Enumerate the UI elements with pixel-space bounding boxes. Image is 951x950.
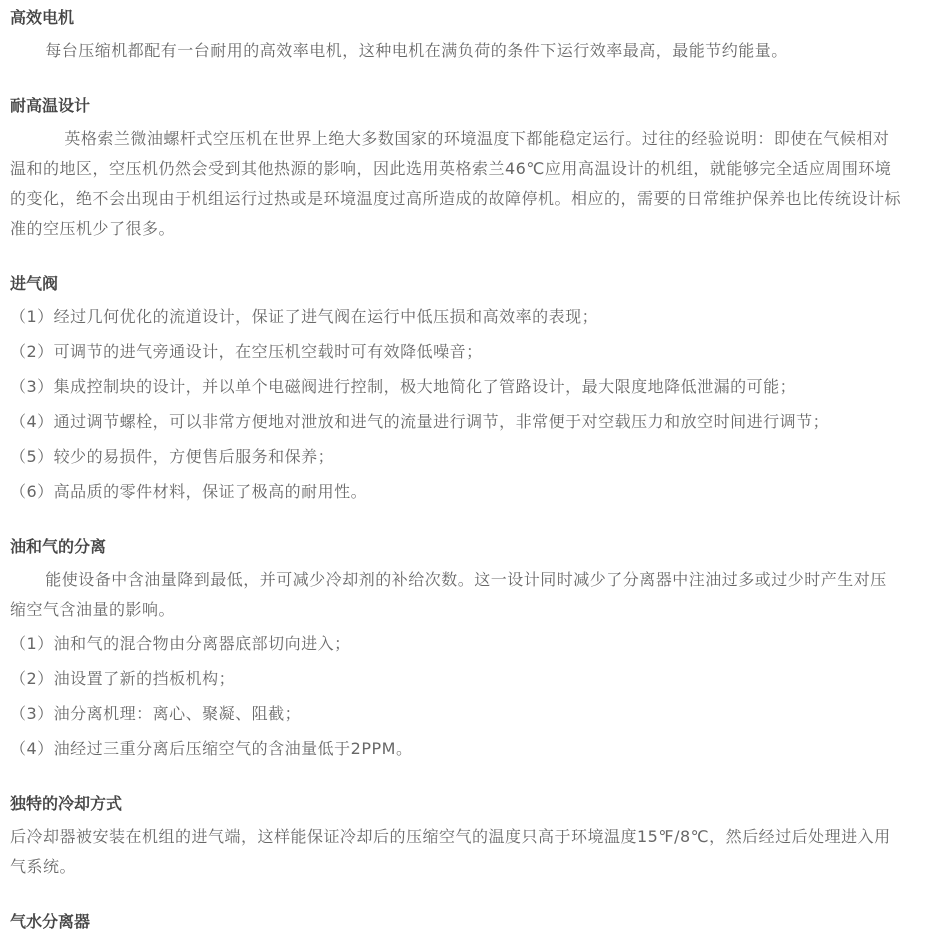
list-item: （6）高品质的零件材料，保证了极高的耐用性。 bbox=[10, 477, 901, 507]
section-unique-cooling: 独特的冷却方式 后冷却器被安装在机组的进气端，这样能保证冷却后的压缩空气的温度只… bbox=[10, 794, 901, 882]
paragraph: 能使设备中含油量降到最低，并可减少冷却剂的补给次数。这一设计同时减少了分离器中注… bbox=[10, 565, 901, 625]
section-intake-valve: 进气阀 （1）经过几何优化的流道设计，保证了进气阀在运行中低压损和高效率的表现；… bbox=[10, 274, 901, 507]
section-gas-water-separator: 气水分离器 bbox=[10, 912, 901, 932]
section-heading-high-temperature-design: 耐高温设计 bbox=[10, 96, 901, 116]
list-item: （1）油和气的混合物由分离器底部切向进入； bbox=[10, 629, 901, 659]
list-item: （2）可调节的进气旁通设计，在空压机空载时可有效降低噪音； bbox=[10, 337, 901, 367]
section-high-temperature-design: 耐高温设计 英格索兰微油螺杆式空压机在世界上绝大多数国家的环境温度下都能稳定运行… bbox=[10, 96, 901, 244]
list-item: （4）通过调节螺栓，可以非常方便地对泄放和进气的流量进行调节，非常便于对空载压力… bbox=[10, 407, 901, 437]
list-item: （5）较少的易损件，方便售后服务和保养； bbox=[10, 442, 901, 472]
list-item: （3）油分离机理：离心、聚凝、阻截； bbox=[10, 699, 901, 729]
section-high-efficiency-motor: 高效电机 每台压缩机都配有一台耐用的高效率电机，这种电机在满负荷的条件下运行效率… bbox=[10, 8, 901, 66]
oil-gas-separation-feature-list: （1）油和气的混合物由分离器底部切向进入； （2）油设置了新的挡板机构； （3）… bbox=[10, 629, 901, 764]
list-item: （2）油设置了新的挡板机构； bbox=[10, 664, 901, 694]
section-heading-intake-valve: 进气阀 bbox=[10, 274, 901, 294]
section-heading-unique-cooling: 独特的冷却方式 bbox=[10, 794, 901, 814]
section-heading-gas-water-separator: 气水分离器 bbox=[10, 912, 901, 932]
intake-valve-feature-list: （1）经过几何优化的流道设计，保证了进气阀在运行中低压损和高效率的表现； （2）… bbox=[10, 302, 901, 507]
paragraph: 后冷却器被安装在机组的进气端，这样能保证冷却后的压缩空气的温度只高于环境温度15… bbox=[10, 822, 901, 882]
list-item: （3）集成控制块的设计，并以单个电磁阀进行控制，极大地简化了管路设计，最大限度地… bbox=[10, 372, 901, 402]
list-item: （4）油经过三重分离后压缩空气的含油量低于2PPM。 bbox=[10, 734, 901, 764]
paragraph: 英格索兰微油螺杆式空压机在世界上绝大多数国家的环境温度下都能稳定运行。过往的经验… bbox=[10, 124, 901, 244]
section-heading-high-efficiency-motor: 高效电机 bbox=[10, 8, 901, 28]
product-feature-document: 高效电机 每台压缩机都配有一台耐用的高效率电机，这种电机在满负荷的条件下运行效率… bbox=[0, 0, 921, 950]
section-oil-gas-separation: 油和气的分离 能使设备中含油量降到最低，并可减少冷却剂的补给次数。这一设计同时减… bbox=[10, 537, 901, 764]
section-heading-oil-gas-separation: 油和气的分离 bbox=[10, 537, 901, 557]
list-item: （1）经过几何优化的流道设计，保证了进气阀在运行中低压损和高效率的表现； bbox=[10, 302, 901, 332]
paragraph: 每台压缩机都配有一台耐用的高效率电机，这种电机在满负荷的条件下运行效率最高，最能… bbox=[10, 36, 901, 66]
